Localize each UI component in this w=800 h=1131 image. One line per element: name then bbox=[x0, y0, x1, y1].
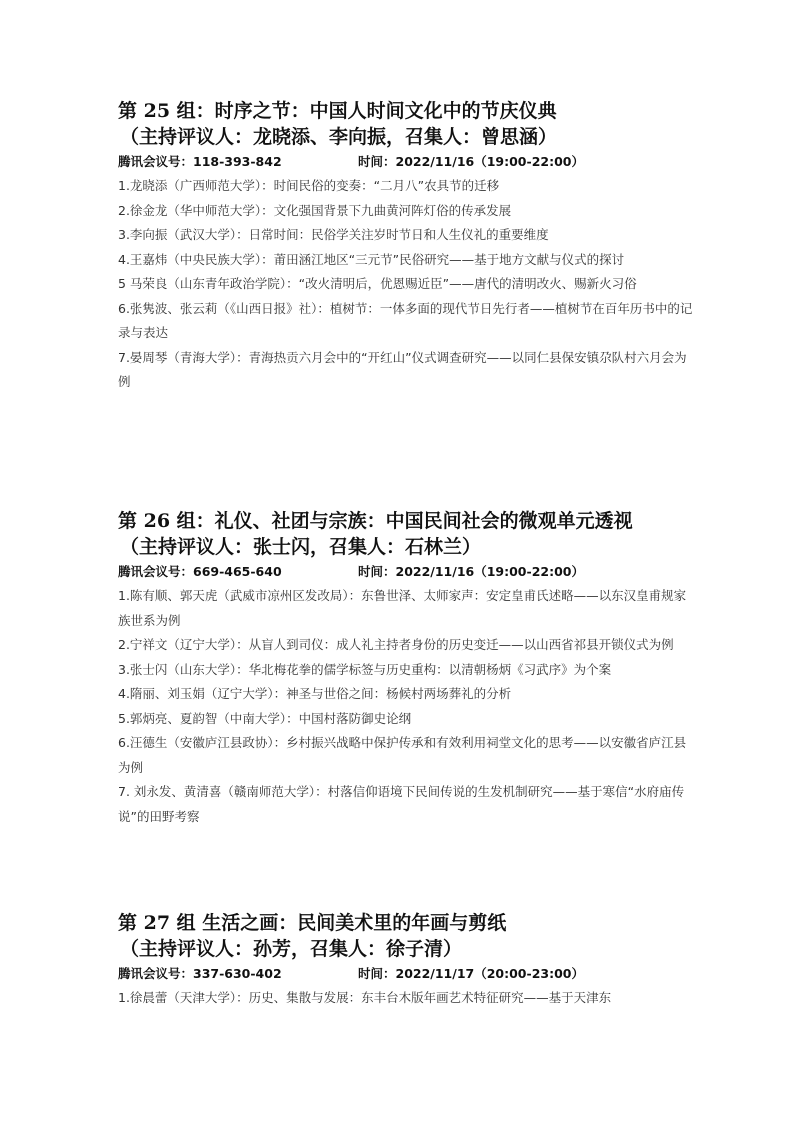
meeting-time: 时间：2022/11/17（20:00-23:00） bbox=[358, 962, 584, 986]
meeting-time: 时间：2022/11/16（19:00-22:00） bbox=[358, 150, 584, 174]
paper-item: 5.郭炳亮、夏韵智（中南大学）：中国村落防御史论纲 bbox=[118, 707, 698, 732]
meeting-info: 腾讯会议号：337-630-402 时间：2022/11/17（20:00-23… bbox=[118, 962, 698, 986]
group-title: 第 26 组：礼仪、社团与宗族：中国民间社会的微观单元透视 bbox=[118, 508, 698, 534]
paper-item: 2.徐金龙（华中师范大学）：文化强国背景下九曲黄河阵灯俗的传承发展 bbox=[118, 199, 698, 224]
paper-item: 3.李向振（武汉大学）：日常时间：民俗学关注岁时节日和人生仪礼的重要维度 bbox=[118, 223, 698, 248]
paper-item: 1.陈有顺、郭天虎（武威市凉州区发改局）：东鲁世泽、太师家声：安定皇甫氏述略——… bbox=[118, 584, 698, 633]
group-title: 第 27 组 生活之画：民间美术里的年画与剪纸 bbox=[118, 910, 698, 936]
group-25-section: 第 25 组：时序之节：中国人时间文化中的节庆仪典 （主持评议人：龙晓添、李向振… bbox=[118, 98, 698, 395]
meeting-id: 腾讯会议号：337-630-402 bbox=[118, 966, 282, 981]
group-hosts: （主持评议人：龙晓添、李向振，召集人：曾思涵） bbox=[118, 124, 698, 150]
meeting-id: 腾讯会议号：118-393-842 bbox=[118, 154, 282, 169]
paper-item: 4.隋丽、刘玉娟（辽宁大学）：神圣与世俗之间：杨候村两场葬礼的分析 bbox=[118, 682, 698, 707]
group-hosts: （主持评议人：孙芳，召集人：徐子清） bbox=[118, 936, 698, 962]
paper-item: 7. 刘永发、黄清喜（赣南师范大学）：村落信仰语境下民间传说的生发机制研究——基… bbox=[118, 780, 698, 829]
paper-item: 5 马荣良（山东青年政治学院）：“改火清明后，优恩赐近臣”——唐代的清明改火、赐… bbox=[118, 272, 698, 297]
paper-item: 3.张士闪（山东大学）：华北梅花拳的儒学标签与历史重构：以清朝杨炳《习武序》为个… bbox=[118, 658, 698, 683]
paper-list: 1.龙晓添（广西师范大学）：时间民俗的变奏：“二月八”农具节的迁移 2.徐金龙（… bbox=[118, 174, 698, 395]
group-title: 第 25 组：时序之节：中国人时间文化中的节庆仪典 bbox=[118, 98, 698, 124]
meeting-time: 时间：2022/11/16（19:00-22:00） bbox=[358, 560, 584, 584]
paper-item: 1.龙晓添（广西师范大学）：时间民俗的变奏：“二月八”农具节的迁移 bbox=[118, 174, 698, 199]
group-27-section: 第 27 组 生活之画：民间美术里的年画与剪纸 （主持评议人：孙芳，召集人：徐子… bbox=[118, 910, 698, 1011]
paper-item: 4.王嘉炜（中央民族大学）：莆田涵江地区“三元节”民俗研究——基于地方文献与仪式… bbox=[118, 248, 698, 273]
meeting-info: 腾讯会议号：669-465-640 时间：2022/11/16（19:00-22… bbox=[118, 560, 698, 584]
paper-item: 6.汪德生（安徽庐江县政协）：乡村振兴战略中保护传承和有效利用祠堂文化的思考——… bbox=[118, 731, 698, 780]
paper-item: 6.张隽波、张云莉（《山西日报》社）：植树节：一体多面的现代节日先行者——植树节… bbox=[118, 297, 698, 346]
paper-list: 1.徐晨蕾（天津大学）：历史、集散与发展：东丰台木版年画艺术特征研究——基于天津… bbox=[118, 986, 698, 1011]
meeting-info: 腾讯会议号：118-393-842 时间：2022/11/16（19:00-22… bbox=[118, 150, 698, 174]
group-hosts: （主持评议人：张士闪，召集人：石林兰） bbox=[118, 534, 698, 560]
group-26-section: 第 26 组：礼仪、社团与宗族：中国民间社会的微观单元透视 （主持评议人：张士闪… bbox=[118, 508, 698, 829]
paper-list: 1.陈有顺、郭天虎（武威市凉州区发改局）：东鲁世泽、太师家声：安定皇甫氏述略——… bbox=[118, 584, 698, 829]
paper-item: 2.宁祥文（辽宁大学）：从盲人到司仪：成人礼主持者身份的历史变迁——以山西省祁县… bbox=[118, 633, 698, 658]
paper-item: 7.晏周琴（青海大学）：青海热贡六月会中的“开红山”仪式调查研究——以同仁县保安… bbox=[118, 346, 698, 395]
meeting-id: 腾讯会议号：669-465-640 bbox=[118, 564, 282, 579]
paper-item: 1.徐晨蕾（天津大学）：历史、集散与发展：东丰台木版年画艺术特征研究——基于天津… bbox=[118, 986, 698, 1011]
